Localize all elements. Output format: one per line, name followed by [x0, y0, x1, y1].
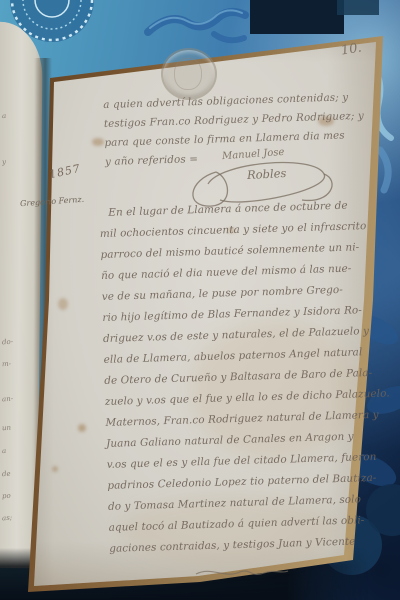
- text-line: do-: [2, 338, 14, 347]
- dark-cloth-band-small: [337, 0, 379, 15]
- folio-number: 10.: [340, 40, 363, 58]
- text-line: y: [2, 158, 7, 166]
- text-line: a: [2, 112, 7, 120]
- dark-cloth-band: [250, 0, 344, 34]
- text-line: m-: [2, 360, 12, 369]
- end-flourish: [192, 564, 292, 582]
- text-line: po: [2, 492, 11, 501]
- text-line: as;: [2, 514, 13, 523]
- text-line: de: [2, 470, 11, 479]
- foxing-stain: [92, 138, 104, 146]
- photograph-of-manuscript: aydo-m-an-unadepoas; 10. a quien advertí…: [0, 0, 400, 600]
- previous-page-text-fragments: aydo-m-an-unadepoas;: [0, 0, 20, 600]
- foxing-stain: [52, 466, 58, 472]
- text-line: an-: [2, 395, 14, 404]
- signature-surname: Robles: [247, 166, 287, 182]
- text-line: a: [2, 447, 7, 455]
- foxing-stain: [58, 298, 68, 310]
- baptism-entry-paragraph: En el lugar de Llamera á once de octubre…: [99, 194, 400, 560]
- foxing-stain: [78, 424, 86, 432]
- text-line: un: [2, 424, 12, 433]
